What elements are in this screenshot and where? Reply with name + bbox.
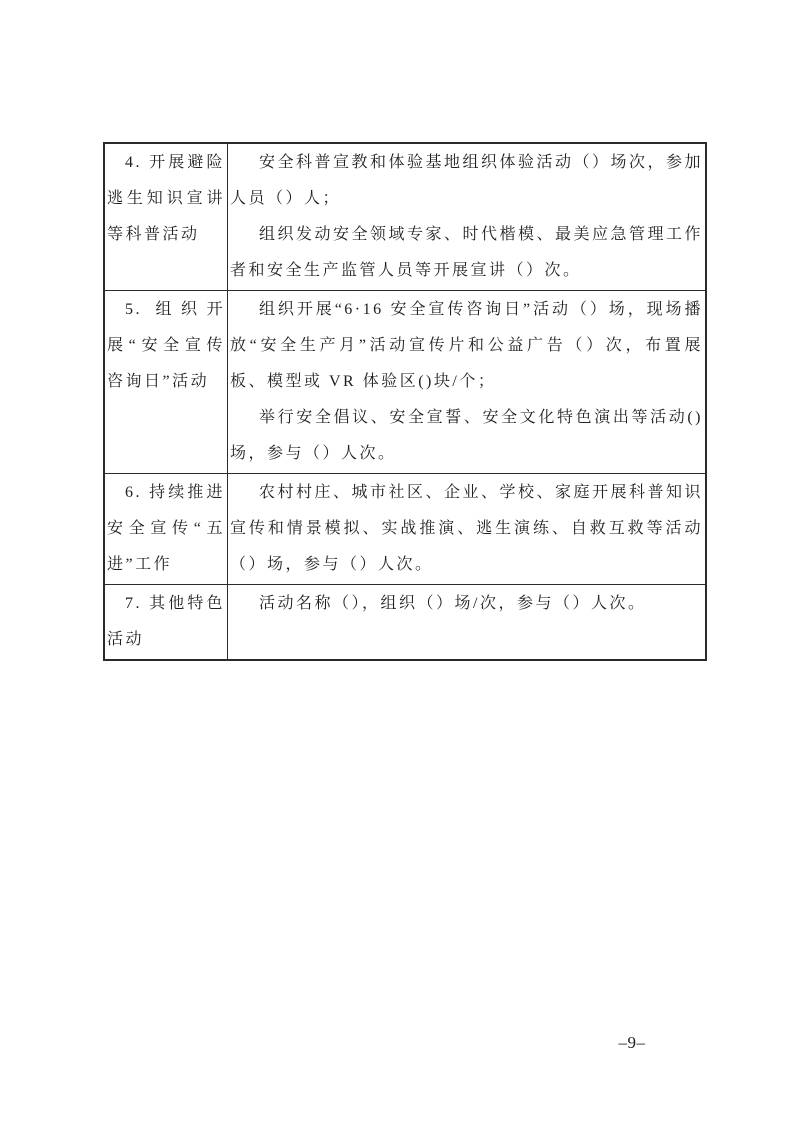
item-6-paragraph-1: 农村村庄、城市社区、企业、学校、家庭开展科普知识宣传和情景模拟、实战推演、逃生演… [230, 475, 703, 583]
table-row-item-5: 5. 组织开展“安全宣传咨询日”活动 组织开展“6·16 安全宣传咨询日”活动（… [104, 291, 706, 474]
item-5-paragraph-2: 举行安全倡议、安全宣誓、安全文化特色演出等活动()场，参与（）人次。 [230, 400, 703, 472]
item-4-paragraph-1: 安全科普宣教和体验基地组织体验活动（）场次，参加人员（）人； [230, 145, 703, 217]
item-4-paragraph-2: 组织发动安全领域专家、时代楷模、最美应急管理工作者和安全生产监管人员等开展宣讲（… [230, 217, 703, 289]
item-6-title: 6. 持续推进安全宣传“五进”工作 [107, 484, 225, 573]
item-5-title: 5. 组织开展“安全宣传咨询日”活动 [107, 301, 225, 390]
item-5-title-cell: 5. 组织开展“安全宣传咨询日”活动 [104, 291, 228, 474]
item-4-desc-cell: 安全科普宣教和体验基地组织体验活动（）场次，参加人员（）人； 组织发动安全领域专… [228, 143, 707, 291]
document-page: 4. 开展避险逃生知识宣讲等科普活动 安全科普宣教和体验基地组织体验活动（）场次… [0, 0, 794, 1123]
item-6-desc-cell: 农村村庄、城市社区、企业、学校、家庭开展科普知识宣传和情景模拟、实战推演、逃生演… [228, 474, 707, 585]
item-7-title-cell: 7. 其他特色活动 [104, 585, 228, 661]
item-7-paragraph-1: 活动名称（），组织（）场/次，参与（）人次。 [230, 586, 703, 622]
item-6-title-cell: 6. 持续推进安全宣传“五进”工作 [104, 474, 228, 585]
item-7-title: 7. 其他特色活动 [107, 595, 225, 648]
item-4-title: 4. 开展避险逃生知识宣讲等科普活动 [107, 154, 225, 243]
item-5-desc-cell: 组织开展“6·16 安全宣传咨询日”活动（）场，现场播放“安全生产月”活动宣传片… [228, 291, 707, 474]
item-4-title-cell: 4. 开展避险逃生知识宣讲等科普活动 [104, 143, 228, 291]
activity-report-table: 4. 开展避险逃生知识宣讲等科普活动 安全科普宣教和体验基地组织体验活动（）场次… [103, 142, 707, 661]
page-number: –9– [602, 1033, 662, 1053]
table-row-item-6: 6. 持续推进安全宣传“五进”工作 农村村庄、城市社区、企业、学校、家庭开展科普… [104, 474, 706, 585]
item-5-paragraph-1: 组织开展“6·16 安全宣传咨询日”活动（）场，现场播放“安全生产月”活动宣传片… [230, 292, 703, 400]
table-row-item-7: 7. 其他特色活动 活动名称（），组织（）场/次，参与（）人次。 [104, 585, 706, 661]
table-row-item-4: 4. 开展避险逃生知识宣讲等科普活动 安全科普宣教和体验基地组织体验活动（）场次… [104, 143, 706, 291]
item-7-desc-cell: 活动名称（），组织（）场/次，参与（）人次。 [228, 585, 707, 661]
